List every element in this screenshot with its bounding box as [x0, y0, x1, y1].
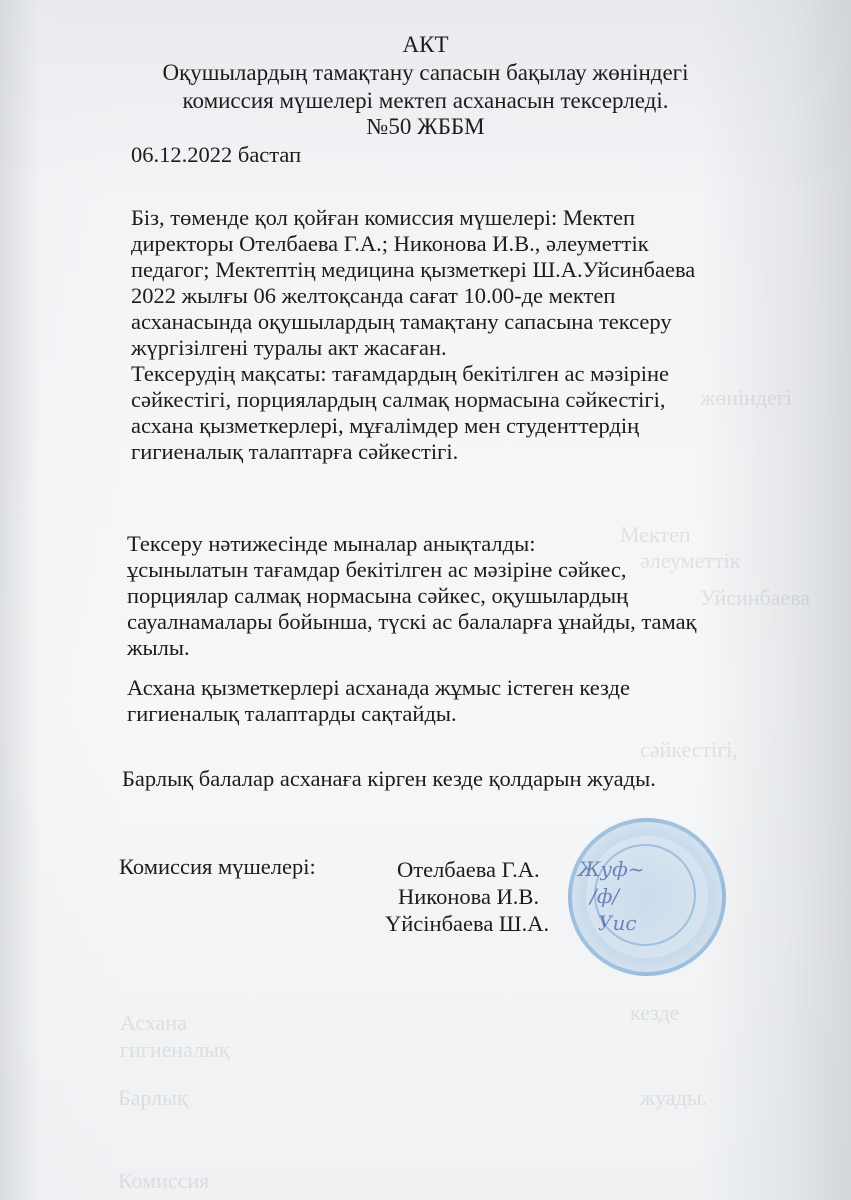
bleed-through-text: Барлық — [118, 1085, 188, 1111]
bleed-through-text: сәйкестігі, — [640, 737, 738, 763]
results-line: сауалнамалары бойынша, түскі ас балаларғ… — [127, 609, 697, 635]
purpose-line: сәйкестігі, порциялардың салмақ нормасын… — [131, 387, 666, 413]
handwritten-signature: /ф/ — [590, 884, 619, 908]
document-subtitle-line: комиссия мүшелері мектеп асханасын тексе… — [0, 88, 851, 114]
intro-line: педагог; Мектептің медицина қызметкері Ш… — [131, 257, 695, 283]
date-line: 06.12.2022 бастап — [131, 142, 301, 168]
bleed-through-text: кезде — [630, 1000, 679, 1026]
document-title: АКТ — [0, 32, 851, 58]
bleed-through-text: әлеуметтік — [640, 548, 740, 574]
handwash-line: Барлық балалар асханаға кірген кезде қол… — [122, 766, 656, 792]
handwritten-signature: Уис — [598, 911, 637, 935]
bleed-through-text: Уйсинбаева — [700, 585, 810, 611]
intro-line: директоры Отелбаева Г.А.; Никонова И.В.,… — [131, 231, 649, 257]
scanned-page: жөніндегі Мектеп әлеуметтік Уйсинбаева с… — [0, 0, 851, 1200]
commission-member: Никонова И.В. — [398, 884, 539, 910]
purpose-line: асхана қызметкерлері, мұғалімдер мен сту… — [131, 413, 639, 439]
bleed-through-text: Асхана — [120, 1010, 187, 1036]
purpose-line: Тексерудің мақсаты: тағамдардың бекітілг… — [131, 361, 669, 387]
commission-member: Үйсінбаева Ш.А. — [385, 911, 549, 937]
document-subtitle-line: Оқушылардың тамақтану сапасын бақылау жө… — [0, 60, 851, 86]
commission-member: Отелбаева Г.А. — [397, 857, 540, 883]
bleed-through-text: жөніндегі — [700, 385, 792, 411]
purpose-line: гигиеналық талаптарға сәйкестігі. — [131, 439, 458, 465]
handwritten-signature: Жуф~ — [578, 857, 644, 881]
results-line: Асхана қызметкерлері асханада жұмыс істе… — [127, 675, 630, 701]
bleed-through-text: Мектеп — [620, 522, 691, 548]
intro-line: жүргізілгені туралы акт жасаған. — [131, 335, 447, 361]
results-line: жылы. — [127, 635, 190, 661]
commission-label: Комиссия мүшелері: — [119, 854, 316, 880]
bleed-through-text: Комиссия — [118, 1168, 209, 1194]
results-line: гигиеналық талаптарды сақтайды. — [127, 701, 457, 727]
school-number: №50 ЖББМ — [0, 114, 851, 140]
intro-line: 2022 жылғы 06 желтоқсанда сағат 10.00-де… — [131, 283, 615, 309]
bleed-through-text: жуады. — [640, 1085, 707, 1111]
intro-line: Біз, төменде қол қойған комиссия мүшелер… — [131, 205, 635, 231]
intro-line: асханасында оқушылардың тамақтану сапасы… — [131, 309, 672, 335]
results-line: Тексеру нәтижесінде мыналар анықталды: — [127, 531, 535, 557]
results-line: порциялар салмақ нормасына сәйкес, оқушы… — [127, 583, 628, 609]
results-line: ұсынылатын тағамдар бекітілген ас мәзірі… — [127, 557, 627, 583]
bleed-through-text: гигиеналық — [120, 1037, 230, 1063]
